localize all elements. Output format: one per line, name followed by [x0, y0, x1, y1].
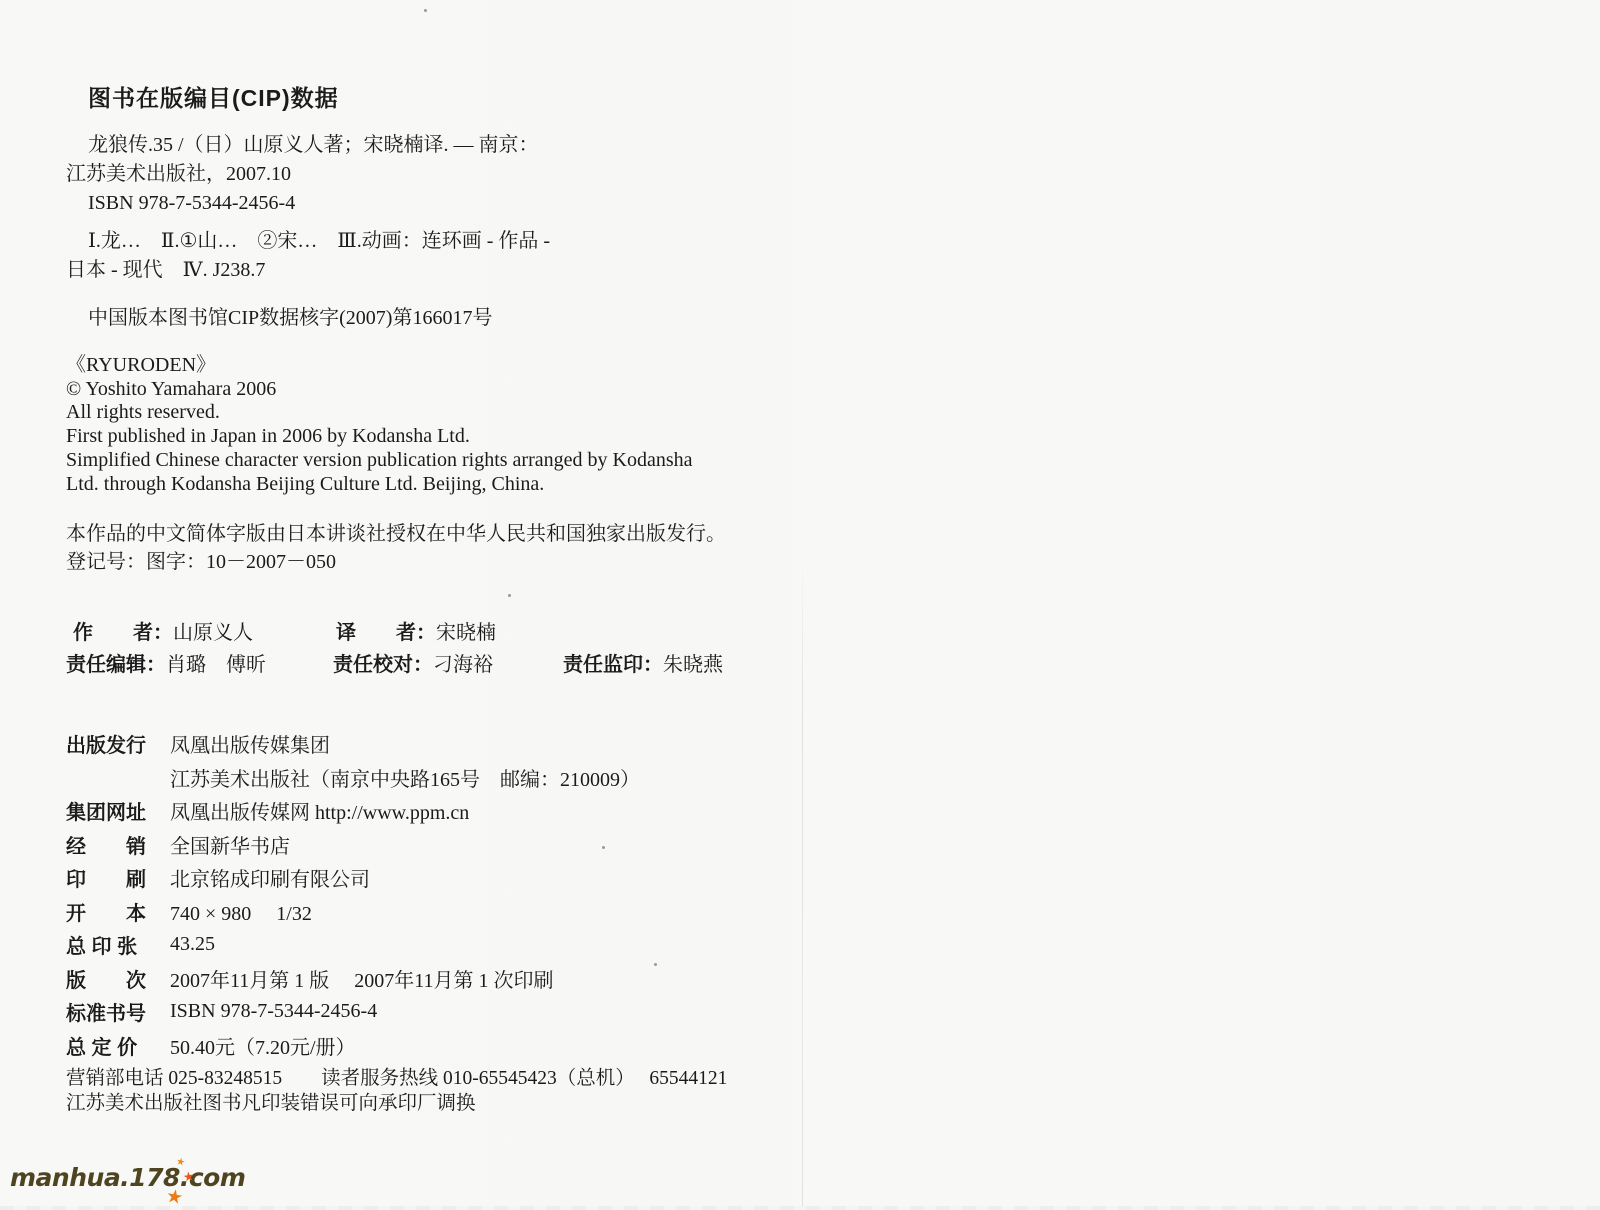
publishing-row-publisher: 出版发行 凤凰出版传媒集团 [66, 727, 866, 761]
credit-print-supervisor-label: 责任监印： [563, 654, 663, 676]
copyright-line-title: 《RYURODEN》 [66, 354, 846, 378]
publishing-value: 凤凰出版传媒网 http://www.ppm.cn [170, 796, 469, 825]
publishing-value: 740 × 980 1/32 [170, 897, 312, 926]
watermark: manhua.178.com [10, 1163, 245, 1192]
publishing-value: 全国新华书店 [170, 830, 290, 859]
publishing-label: 经 销 [66, 830, 150, 859]
publishing-row-isbn: 标准书号 ISBN 978-7-5344-2456-4 [66, 995, 866, 1029]
credit-editor: 责任编辑：肖璐 傅昕 [66, 648, 266, 677]
credit-author: 作 者：山原义人 [73, 616, 253, 645]
chinese-rights-block: 本作品的中文简体字版由日本讲谈社授权在中华人民共和国独家出版发行。 登记号：图字… [66, 521, 846, 576]
registration-number-line: 登记号：图字：10－2007－050 [66, 549, 846, 577]
footer-exchange-line: 江苏美术出版社图书凡印装错误可向承印厂调换 [66, 1091, 866, 1116]
scan-speck [424, 9, 427, 12]
credit-translator: 译 者：宋晓楠 [336, 616, 496, 645]
book-copyright-page: 图书在版编目(CIP)数据 龙狼传.35 /（日）山原义人著；宋晓楠译. — 南… [0, 0, 1600, 1210]
credit-proofreader-label: 责任校对： [333, 654, 433, 676]
credit-editor-value: 肖璐 傅昕 [166, 654, 266, 676]
credit-translator-value: 宋晓楠 [436, 622, 496, 644]
publishing-row-publisher-address: 江苏美术出版社（南京中央路165号 邮编：210009） [66, 761, 866, 795]
cip-entry-line2: 江苏美术出版社，2007.10 [66, 160, 826, 189]
copyright-line-author: © Yoshito Yamahara 2006 [66, 378, 846, 402]
credit-proofreader-value: 刁海裕 [433, 654, 493, 676]
publishing-row-price: 总 定 价 50.40元（7.20元/册） [66, 1029, 866, 1063]
cip-entry-block: 龙狼传.35 /（日）山原义人著；宋晓楠译. — 南京： 江苏美术出版社，200… [66, 131, 826, 218]
publishing-row-format: 开 本 740 × 980 1/32 [66, 895, 866, 929]
publishing-row-edition: 版 次 2007年11月第 1 版 2007年11月第 1 次印刷 [66, 962, 866, 996]
watermark-text: manhua.178.com [10, 1163, 245, 1192]
copyright-line-arranged-2: Ltd. through Kodansha Beijing Culture Lt… [66, 473, 846, 497]
publishing-label: 印 刷 [66, 863, 150, 892]
publishing-row-sheets: 总 印 张 43.25 [66, 928, 866, 962]
cip-title: 图书在版编目(CIP)数据 [88, 80, 339, 113]
publishing-value: 北京铭成印刷有限公司 [170, 863, 370, 892]
publishing-value: 2007年11月第 1 版 2007年11月第 1 次印刷 [170, 964, 554, 993]
copyright-line-rights: All rights reserved. [66, 401, 846, 425]
publishing-row-printer: 印 刷 北京铭成印刷有限公司 [66, 861, 866, 895]
cip-classification-block: Ⅰ.龙… Ⅱ.①山… ②宋… Ⅲ.动画：连环画 - 作品 - 日本 - 现代 Ⅳ… [66, 227, 826, 285]
cip-class-line1: Ⅰ.龙… Ⅱ.①山… ②宋… Ⅲ.动画：连环画 - 作品 - [66, 227, 826, 256]
publishing-value: 43.25 [170, 933, 215, 956]
cip-entry-isbn: ISBN 978-7-5344-2456-4 [66, 189, 826, 218]
publishing-value: ISBN 978-7-5344-2456-4 [170, 1000, 377, 1023]
publishing-label: 集团网址 [66, 796, 150, 825]
publishing-label: 总 印 张 [66, 930, 150, 959]
publishing-label: 出版发行 [66, 729, 150, 758]
publishing-row-distribution: 经 销 全国新华书店 [66, 828, 866, 862]
copyright-english-block: 《RYURODEN》 © Yoshito Yamahara 2006 All r… [66, 354, 846, 496]
copyright-line-first-published: First published in Japan in 2006 by Koda… [66, 425, 846, 449]
publishing-value: 江苏美术出版社（南京中央路165号 邮编：210009） [170, 763, 640, 792]
cip-registry-line: 中国版本图书馆CIP数据核字(2007)第166017号 [88, 301, 492, 330]
publishing-row-website: 集团网址 凤凰出版传媒网 http://www.ppm.cn [66, 794, 866, 828]
credit-author-label: 作 者： [73, 622, 173, 644]
star-icon: ★ [182, 1169, 195, 1183]
credit-translator-label: 译 者： [336, 622, 436, 644]
scan-crease [802, 555, 803, 1210]
publishing-info-block: 出版发行 凤凰出版传媒集团 江苏美术出版社（南京中央路165号 邮编：21000… [66, 727, 866, 1062]
scan-speck [602, 846, 605, 849]
cip-class-line2: 日本 - 现代 Ⅳ. J238.7 [66, 256, 826, 285]
footer-contact-block: 营销部电话 025-83248515 读者服务热线 010-65545423（总… [66, 1066, 866, 1116]
publishing-label: 总 定 价 [66, 1031, 150, 1060]
publishing-value: 凤凰出版传媒集团 [170, 729, 330, 758]
credit-proofreader: 责任校对：刁海裕 [333, 648, 493, 677]
scan-speck [654, 963, 657, 966]
scan-bottom-edge [0, 1206, 1600, 1210]
publishing-label: 标准书号 [66, 997, 150, 1026]
cip-entry-line1: 龙狼传.35 /（日）山原义人著；宋晓楠译. — 南京： [66, 131, 826, 160]
footer-phone-line: 营销部电话 025-83248515 读者服务热线 010-65545423（总… [66, 1066, 866, 1091]
credit-print-supervisor: 责任监印：朱晓燕 [563, 648, 723, 677]
credit-print-supervisor-value: 朱晓燕 [663, 654, 723, 676]
publishing-label: 开 本 [66, 897, 150, 926]
scan-speck [508, 594, 511, 597]
chinese-rights-line: 本作品的中文简体字版由日本讲谈社授权在中华人民共和国独家出版发行。 [66, 521, 846, 549]
copyright-line-arranged-1: Simplified Chinese character version pub… [66, 449, 846, 473]
publishing-label: 版 次 [66, 964, 150, 993]
credit-editor-label: 责任编辑： [66, 654, 166, 676]
credit-author-value: 山原义人 [173, 622, 253, 644]
publishing-value: 50.40元（7.20元/册） [170, 1031, 356, 1060]
